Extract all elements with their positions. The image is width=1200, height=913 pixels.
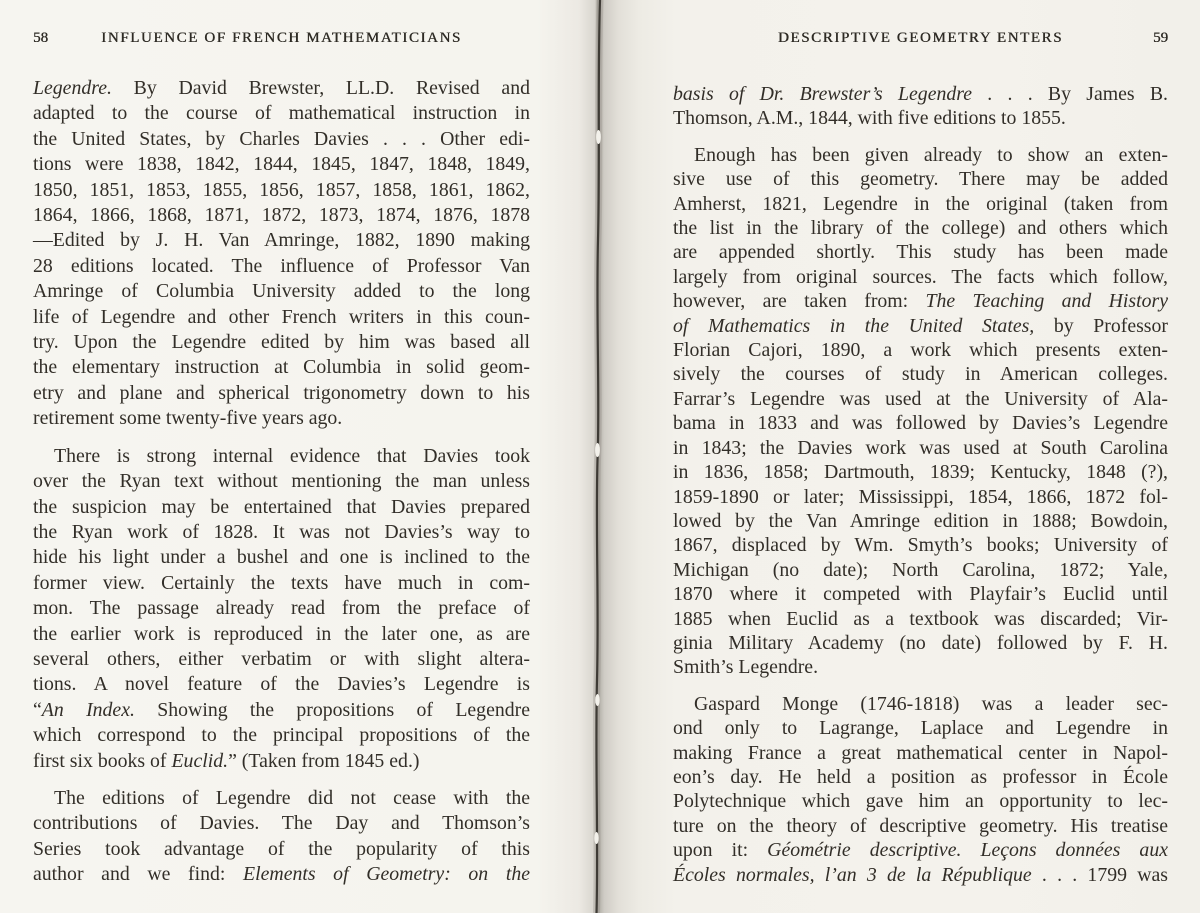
text-line: The editions of Legendre did not cease w… <box>33 786 530 811</box>
text-segment: ture on the theory of descriptive geomet… <box>673 815 1168 837</box>
text-segment: etry and plane and spherical trigonometr… <box>33 382 530 404</box>
paragraph: basis of Dr. Brewster’s Legendre . . . B… <box>673 82 1168 131</box>
text-line: 28 editions located. The influence of Pr… <box>33 254 530 279</box>
text-line: ond only to Lagrange, Laplace and Legend… <box>673 716 1168 740</box>
text-line: tions were 1838, 1842, 1844, 1845, 1847,… <box>33 152 530 177</box>
text-line: the Ryan work of 1828. It was not Davies… <box>33 520 530 545</box>
text-line: sively the courses of study in American … <box>673 362 1168 386</box>
right-page-text: basis of Dr. Brewster’s Legendre . . . B… <box>673 82 1168 887</box>
text-segment: tions. A novel feature of the Davies’s L… <box>33 673 530 695</box>
text-segment: the earlier work is reproduced in the la… <box>33 623 530 645</box>
text-line: 1867, displaced by Wm. Smyth’s books; Un… <box>673 533 1168 557</box>
text-segment: mon. The passage already read from the p… <box>33 597 530 619</box>
text-line: Gaspard Monge (1746-1818) was a leader s… <box>673 692 1168 716</box>
text-segment: 1850, 1851, 1853, 1855, 1856, 1857, 1858… <box>33 179 530 201</box>
text-segment: adapted to the course of mathematical in… <box>33 102 530 124</box>
text-line: author and we find: Elements of Geometry… <box>33 862 530 887</box>
text-segment: making France a great mathematical cente… <box>673 742 1168 764</box>
paragraph: The editions of Legendre did not cease w… <box>33 786 530 888</box>
text-line: tions. A novel feature of the Davies’s L… <box>33 672 530 697</box>
text-line: Farrar’s Legendre was used at the Univer… <box>673 387 1168 411</box>
text-line: basis of Dr. Brewster’s Legendre . . . B… <box>673 82 1168 106</box>
left-page-text: Legendre. By David Brewster, LL.D. Revis… <box>33 76 530 888</box>
text-line: —Edited by J. H. Van Amringe, 1882, 1890… <box>33 228 530 253</box>
text-line: etry and plane and spherical trigonometr… <box>33 381 530 406</box>
text-segment: 1867, displaced by Wm. Smyth’s books; Un… <box>673 534 1168 556</box>
text-segment: the Ryan work of 1828. It was not Davies… <box>33 521 530 543</box>
text-line: first six books of Euclid.” (Taken from … <box>33 749 530 774</box>
italic-text-segment: basis of Dr. Brewster’s Legendre <box>673 83 972 105</box>
text-line: Amringe of Columbia University added to … <box>33 279 530 304</box>
text-segment: 28 editions located. The influence of Pr… <box>33 255 530 277</box>
text-segment: lowed by the Van Amringe edition in 1888… <box>673 510 1168 532</box>
text-segment: the United States, by Charles Davies . .… <box>33 128 530 150</box>
text-segment: . . . By James B. <box>972 83 1168 105</box>
text-line: retirement some twenty-five years ago. <box>33 406 530 431</box>
text-line: ture on the theory of descriptive geomet… <box>673 814 1168 838</box>
text-line: 1864, 1866, 1868, 1871, 1872, 1873, 1874… <box>33 203 530 228</box>
text-line: eon’s day. He held a position as profess… <box>673 765 1168 789</box>
text-line: upon it: Géométrie descriptive. Leçons d… <box>673 838 1168 862</box>
text-segment: 1885 when Euclid as a textbook was disca… <box>673 608 1168 630</box>
text-segment: largely from original sources. The facts… <box>673 266 1168 288</box>
paragraph: Legendre. By David Brewster, LL.D. Revis… <box>33 76 530 432</box>
text-line: Enough has been given already to show an… <box>673 143 1168 167</box>
text-line: 1859-1890 or later; Mississippi, 1854, 1… <box>673 485 1168 509</box>
italic-text-segment: Elements of Geometry: on the <box>243 863 530 885</box>
text-line: “An Index. Showing the propositions of L… <box>33 698 530 723</box>
text-segment: which correspond to the principal propos… <box>33 724 530 746</box>
text-line: mon. The passage already read from the p… <box>33 596 530 621</box>
italic-text-segment: Legendre. <box>33 77 112 99</box>
text-line: 1870 where it competed with Playfair’s E… <box>673 582 1168 606</box>
text-segment: are appended shortly. This study has bee… <box>673 241 1168 263</box>
text-segment: eon’s day. He held a position as profess… <box>673 766 1168 788</box>
text-segment: author and we find: <box>33 863 243 885</box>
text-line: the suspicion may be entertained that Da… <box>33 495 530 520</box>
text-line: are appended shortly. This study has bee… <box>673 240 1168 264</box>
text-segment: 1864, 1866, 1868, 1871, 1872, 1873, 1874… <box>33 204 530 226</box>
right-running-head: DESCRIPTIVE GEOMETRY ENTERS <box>778 30 1063 46</box>
text-segment: the list in the library of the college) … <box>673 217 1168 239</box>
text-line: Amherst, 1821, Legendre in the original … <box>673 192 1168 216</box>
text-segment: —Edited by J. H. Van Amringe, 1882, 1890… <box>33 229 530 251</box>
text-segment: The editions of Legendre did not cease w… <box>54 787 530 809</box>
text-segment: tions were 1838, 1842, 1844, 1845, 1847,… <box>33 153 530 175</box>
text-line: adapted to the course of mathematical in… <box>33 101 530 126</box>
text-line: over the Ryan text without mentioning th… <box>33 469 530 494</box>
text-segment: 1859-1890 or later; Mississippi, 1854, 1… <box>673 486 1168 508</box>
left-running-head-row: 58 INFLUENCE OF FRENCH MATHEMATICIANS <box>33 31 530 46</box>
text-line: making France a great mathematical cente… <box>673 741 1168 765</box>
text-segment: There is strong internal evidence that D… <box>54 445 530 467</box>
text-line: Thomson, A.M., 1844, with five editions … <box>673 106 1168 130</box>
italic-text-segment: Écoles normales, l’an 3 de la République <box>673 864 1032 886</box>
text-segment: the elementary instruction at Columbia i… <box>33 356 530 378</box>
text-segment: over the Ryan text without mentioning th… <box>33 470 530 492</box>
text-segment: Enough has been given already to show an… <box>694 144 1168 166</box>
left-page: 58 INFLUENCE OF FRENCH MATHEMATICIANS Le… <box>0 0 597 913</box>
text-segment: Gaspard Monge (1746-1818) was a leader s… <box>694 693 1168 715</box>
text-segment: Amherst, 1821, Legendre in the original … <box>673 193 1168 215</box>
text-line: 1885 when Euclid as a textbook was disca… <box>673 607 1168 631</box>
italic-text-segment: Géométrie descriptive. Leçons données au… <box>767 839 1168 861</box>
italic-text-segment: The Teaching and History <box>926 290 1168 312</box>
text-line: Michigan (no date); North Carolina, 1872… <box>673 558 1168 582</box>
text-line: of Mathematics in the United States, by … <box>673 314 1168 338</box>
text-segment: several others, either verbatim or with … <box>33 648 530 670</box>
text-segment: ” (Taken from 1845 ed.) <box>228 750 419 772</box>
text-line: in 1843; the Davies work was used at Sou… <box>673 436 1168 460</box>
text-line: ginia Military Academy (no date) followe… <box>673 631 1168 655</box>
text-line: Legendre. By David Brewster, LL.D. Revis… <box>33 76 530 101</box>
text-line: sive use of this geometry. There may be … <box>673 167 1168 191</box>
text-line: the earlier work is reproduced in the la… <box>33 622 530 647</box>
text-segment: in 1836, 1858; Dartmouth, 1839; Kentucky… <box>673 461 1168 483</box>
text-line: life of Legendre and other French writer… <box>33 305 530 330</box>
text-segment: try. Upon the Legendre edited by him was… <box>33 331 530 353</box>
text-line: Series took advantage of the popularity … <box>33 837 530 862</box>
text-segment: former view. Certainly the texts have mu… <box>33 572 530 594</box>
italic-text-segment: Euclid. <box>171 750 228 772</box>
text-line: the United States, by Charles Davies . .… <box>33 127 530 152</box>
italic-text-segment: of Mathematics in the United States, <box>673 315 1034 337</box>
text-segment: Polytechnique which gave him an opportun… <box>673 790 1168 812</box>
text-segment: however, are taken from: <box>673 290 926 312</box>
text-segment: first six books of <box>33 750 171 772</box>
text-segment: Smith’s Legendre. <box>673 656 818 678</box>
text-segment: retirement some twenty-five years ago. <box>33 407 342 429</box>
text-segment: Thomson, A.M., 1844, with five editions … <box>673 107 1066 129</box>
text-segment: by Professor <box>1034 315 1168 337</box>
text-line: contributions of Davies. The Day and Tho… <box>33 811 530 836</box>
text-line: Smith’s Legendre. <box>673 655 1168 679</box>
text-segment: hide his light under a bushel and one is… <box>33 546 530 568</box>
text-segment: bama in 1833 and was followed by Davies’… <box>673 412 1168 434</box>
text-segment: 1870 where it competed with Playfair’s E… <box>673 583 1168 605</box>
text-segment: ginia Military Academy (no date) followe… <box>673 632 1168 654</box>
text-line: bama in 1833 and was followed by Davies’… <box>673 411 1168 435</box>
text-segment: the suspicion may be entertained that Da… <box>33 496 530 518</box>
text-segment: in 1843; the Davies work was used at Sou… <box>673 437 1168 459</box>
text-line: Florian Cajori, 1890, a work which prese… <box>673 338 1168 362</box>
left-running-head: INFLUENCE OF FRENCH MATHEMATICIANS <box>101 30 462 46</box>
text-line: try. Upon the Legendre edited by him was… <box>33 330 530 355</box>
text-line: however, are taken from: The Teaching an… <box>673 289 1168 313</box>
paragraph: Enough has been given already to show an… <box>673 143 1168 680</box>
text-line: Écoles normales, l’an 3 de la République… <box>673 863 1168 887</box>
text-segment: Showing the propositions of Legendre <box>135 699 530 721</box>
text-line: the list in the library of the college) … <box>673 216 1168 240</box>
text-segment: life of Legendre and other French writer… <box>33 306 530 328</box>
right-page-number: 59 <box>1153 31 1168 46</box>
italic-text-segment: An Index. <box>42 699 135 721</box>
text-segment: “ <box>33 699 42 721</box>
paragraph: There is strong internal evidence that D… <box>33 444 530 774</box>
text-segment: . . . 1799 was <box>1032 864 1168 886</box>
text-line: 1850, 1851, 1853, 1855, 1856, 1857, 1858… <box>33 178 530 203</box>
text-segment: ond only to Lagrange, Laplace and Legend… <box>673 717 1168 739</box>
text-segment: Amringe of Columbia University added to … <box>33 280 530 302</box>
text-segment: Series took advantage of the popularity … <box>33 838 530 860</box>
text-segment: Florian Cajori, 1890, a work which prese… <box>673 339 1168 361</box>
text-segment: sively the courses of study in American … <box>673 363 1168 385</box>
text-line: in 1836, 1858; Dartmouth, 1839; Kentucky… <box>673 460 1168 484</box>
text-line: hide his light under a bushel and one is… <box>33 545 530 570</box>
text-line: largely from original sources. The facts… <box>673 265 1168 289</box>
text-segment: By David Brewster, LL.D. Revised and <box>112 77 530 99</box>
text-line: There is strong internal evidence that D… <box>33 444 530 469</box>
text-line: lowed by the Van Amringe edition in 1888… <box>673 509 1168 533</box>
text-segment: Farrar’s Legendre was used at the Univer… <box>673 388 1168 410</box>
text-line: which correspond to the principal propos… <box>33 723 530 748</box>
book-spread-scan: 58 INFLUENCE OF FRENCH MATHEMATICIANS Le… <box>0 0 1200 913</box>
text-segment: contributions of Davies. The Day and Tho… <box>33 812 530 834</box>
text-line: former view. Certainly the texts have mu… <box>33 571 530 596</box>
text-segment: Michigan (no date); North Carolina, 1872… <box>673 559 1168 581</box>
text-segment: sive use of this geometry. There may be … <box>673 168 1168 190</box>
right-running-head-row: DESCRIPTIVE GEOMETRY ENTERS 59 <box>673 31 1168 46</box>
text-line: several others, either verbatim or with … <box>33 647 530 672</box>
left-page-number: 58 <box>33 31 48 46</box>
text-segment: upon it: <box>673 839 767 861</box>
right-page: DESCRIPTIVE GEOMETRY ENTERS 59 basis of … <box>597 0 1200 913</box>
paragraph: Gaspard Monge (1746-1818) was a leader s… <box>673 692 1168 887</box>
text-line: Polytechnique which gave him an opportun… <box>673 789 1168 813</box>
text-line: the elementary instruction at Columbia i… <box>33 355 530 380</box>
